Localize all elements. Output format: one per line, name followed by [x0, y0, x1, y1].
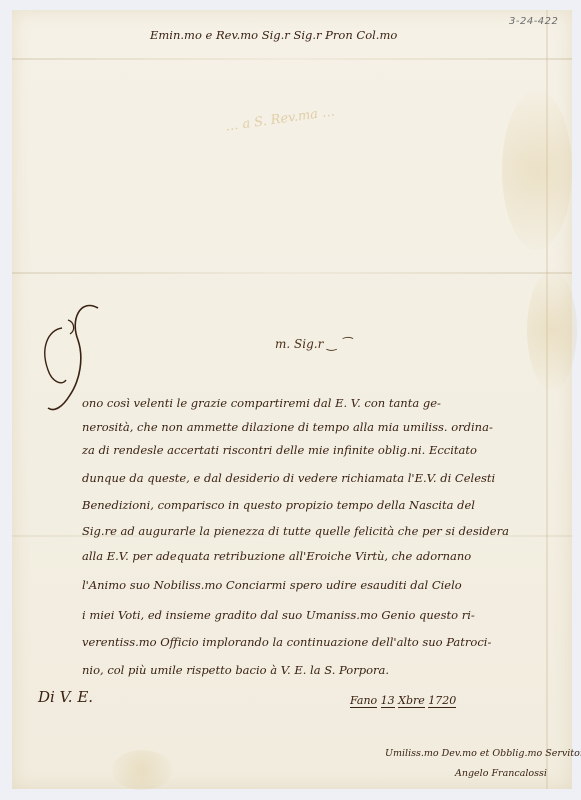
body-line: Benedizioni, comparisco in questo propiz…	[82, 498, 475, 512]
body-line: i miei Voti, ed insieme gradito dal suo …	[82, 608, 475, 622]
signature-name: Angelo Francalossi	[455, 768, 547, 779]
fold-crease	[12, 272, 572, 274]
body-line: Sig.re ad augurarle la pienezza di tutte…	[82, 524, 509, 538]
body-line: verentiss.mo Officio implorando la conti…	[82, 635, 491, 649]
date-place: Fano	[350, 694, 377, 708]
body-line: ono così velenti le grazie compartiremi …	[82, 396, 441, 410]
body-line: alla E.V. per adequata retribuzione all'…	[82, 549, 471, 563]
body-line: dunque da queste, e dal desiderio di ved…	[82, 471, 495, 485]
honorific-flourish: m. Sig.r ‿ ⁀	[275, 337, 350, 351]
date-month: Xbre	[398, 694, 425, 708]
age-stain	[527, 270, 577, 390]
body-line: l'Animo suo Nobiliss.mo Conciarmi spero …	[82, 578, 462, 592]
archive-number: 3-24-422	[509, 16, 558, 27]
age-stain	[112, 750, 172, 790]
body-line: za di rendesle accertati riscontri delle…	[82, 443, 477, 457]
fold-crease	[12, 58, 572, 60]
date-day: 13	[381, 694, 395, 708]
salutation: Emin.mo e Rev.mo Sig.r Sig.r Pron Col.mo	[150, 28, 397, 42]
body-line: nerosità, che non ammette dilazione di t…	[82, 420, 493, 434]
date-line: Fano 13 Xbre 1720	[350, 694, 456, 707]
body-line: nio, col più umile rispetto bacio à V. E…	[82, 663, 389, 677]
signature-formula: Umiliss.mo Dev.mo et Obblig.mo Servitore…	[385, 748, 581, 759]
age-stain	[502, 90, 572, 250]
closing-formula: Di V. E.	[38, 688, 93, 706]
date-year: 1720	[428, 694, 456, 708]
